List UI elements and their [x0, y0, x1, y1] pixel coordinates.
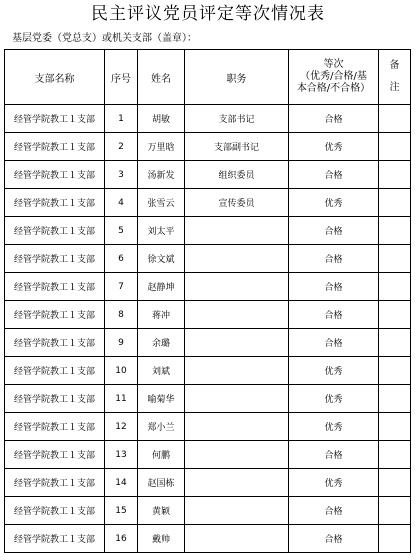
header-number: 序号: [105, 50, 138, 105]
position-cell: [185, 441, 289, 469]
number-cell: 4: [105, 189, 138, 217]
number-cell: 1: [105, 105, 138, 133]
branch-cell: 经管学院教工１支部: [5, 329, 105, 357]
result-cell: 合格: [289, 301, 379, 329]
table-row: 经管学院教工１支部1胡敏支部书记合格: [5, 105, 411, 133]
name-cell: 胡敏: [138, 105, 185, 133]
name-cell: 戴帅: [138, 525, 185, 553]
branch-cell: 经管学院教工１支部: [5, 497, 105, 525]
position-cell: [185, 273, 289, 301]
remark-cell: [379, 525, 411, 553]
position-cell: [185, 217, 289, 245]
table-row: 经管学院教工１支部4张雪云宣传委员优秀: [5, 189, 411, 217]
number-cell: 3: [105, 161, 138, 189]
table-row: 经管学院教工１支部10刘斌优秀: [5, 357, 411, 385]
position-cell: [185, 525, 289, 553]
result-cell: 合格: [289, 105, 379, 133]
position-cell: [185, 329, 289, 357]
result-cell: 合格: [289, 497, 379, 525]
name-cell: 汤新发: [138, 161, 185, 189]
number-cell: 8: [105, 301, 138, 329]
number-cell: 2: [105, 133, 138, 161]
position-cell: [185, 301, 289, 329]
number-cell: 10: [105, 357, 138, 385]
number-cell: 11: [105, 385, 138, 413]
remark-cell: [379, 133, 411, 161]
table-row: 经管学院教工１支部12郑小兰优秀: [5, 413, 411, 441]
position-cell: 宣传委员: [185, 189, 289, 217]
branch-cell: 经管学院教工１支部: [5, 525, 105, 553]
result-cell: 合格: [289, 441, 379, 469]
position-cell: 支部副书记: [185, 133, 289, 161]
header-position: 职务: [185, 50, 289, 105]
branch-cell: 经管学院教工１支部: [5, 161, 105, 189]
number-cell: 14: [105, 469, 138, 497]
table-row: 经管学院教工１支部6徐文斌合格: [5, 245, 411, 273]
name-cell: 赵国栋: [138, 469, 185, 497]
remark-cell: [379, 385, 411, 413]
result-cell: 合格: [289, 273, 379, 301]
branch-cell: 经管学院教工１支部: [5, 105, 105, 133]
document-title: 民主评议党员评定等次情况表: [0, 3, 416, 25]
remark-cell: [379, 161, 411, 189]
table-row: 经管学院教工１支部16戴帅合格: [5, 525, 411, 553]
table-row: 经管学院教工１支部3汤新发组织委员合格: [5, 161, 411, 189]
remark-cell: [379, 245, 411, 273]
branch-cell: 经管学院教工１支部: [5, 273, 105, 301]
branch-cell: 经管学院教工１支部: [5, 385, 105, 413]
header-branch: 支部名称: [5, 50, 105, 105]
branch-cell: 经管学院教工１支部: [5, 217, 105, 245]
name-cell: 刘太平: [138, 217, 185, 245]
header-remark-line1: 备: [379, 55, 410, 77]
table-row: 经管学院教工１支部14赵国栋优秀: [5, 469, 411, 497]
remark-cell: [379, 357, 411, 385]
number-cell: 5: [105, 217, 138, 245]
header-rating: 等次 （优秀/合格/基 本合格/不合格）: [289, 50, 379, 105]
remark-cell: [379, 497, 411, 525]
result-cell: 合格: [289, 329, 379, 357]
remark-cell: [379, 301, 411, 329]
table-row: 经管学院教工１支部2万里晗支部副书记优秀: [5, 133, 411, 161]
number-cell: 9: [105, 329, 138, 357]
table-row: 经管学院教工１支部13何鹏合格: [5, 441, 411, 469]
remark-cell: [379, 189, 411, 217]
header-name: 姓名: [138, 50, 185, 105]
remark-cell: [379, 413, 411, 441]
table-header-row: 支部名称 序号 姓名 职务 等次 （优秀/合格/基 本合格/不合格） 备 注: [5, 50, 411, 105]
result-cell: 优秀: [289, 469, 379, 497]
header-remark-line2: 注: [379, 77, 410, 99]
branch-cell: 经管学院教工１支部: [5, 413, 105, 441]
table-row: 经管学院教工１支部15黄颖合格: [5, 497, 411, 525]
name-cell: 刘斌: [138, 357, 185, 385]
result-cell: 优秀: [289, 189, 379, 217]
branch-cell: 经管学院教工１支部: [5, 133, 105, 161]
header-rating-line3: 本合格/不合格）: [289, 83, 378, 95]
remark-cell: [379, 441, 411, 469]
name-cell: 徐文斌: [138, 245, 185, 273]
table-row: 经管学院教工１支部11喻菊华优秀: [5, 385, 411, 413]
name-cell: 万里晗: [138, 133, 185, 161]
evaluation-table: 支部名称 序号 姓名 职务 等次 （优秀/合格/基 本合格/不合格） 备 注 经…: [4, 49, 411, 553]
number-cell: 15: [105, 497, 138, 525]
position-cell: 组织委员: [185, 161, 289, 189]
position-cell: [185, 245, 289, 273]
branch-cell: 经管学院教工１支部: [5, 441, 105, 469]
name-cell: 张雪云: [138, 189, 185, 217]
table-row: 经管学院教工１支部8蒋冲合格: [5, 301, 411, 329]
name-cell: 余璐: [138, 329, 185, 357]
branch-cell: 经管学院教工１支部: [5, 357, 105, 385]
remark-cell: [379, 469, 411, 497]
result-cell: 优秀: [289, 413, 379, 441]
position-cell: [185, 385, 289, 413]
number-cell: 12: [105, 413, 138, 441]
result-cell: 优秀: [289, 357, 379, 385]
document-subtitle: 基层党委（党总支）或机关支部（盖章）：: [12, 32, 197, 46]
name-cell: 郑小兰: [138, 413, 185, 441]
name-cell: 蒋冲: [138, 301, 185, 329]
header-rating-line2: （优秀/合格/基: [289, 71, 378, 83]
result-cell: 优秀: [289, 133, 379, 161]
branch-cell: 经管学院教工１支部: [5, 189, 105, 217]
position-cell: [185, 497, 289, 525]
header-rating-line1: 等次: [289, 59, 378, 71]
branch-cell: 经管学院教工１支部: [5, 245, 105, 273]
result-cell: 合格: [289, 525, 379, 553]
branch-cell: 经管学院教工１支部: [5, 301, 105, 329]
position-cell: [185, 357, 289, 385]
name-cell: 黄颖: [138, 497, 185, 525]
branch-cell: 经管学院教工１支部: [5, 469, 105, 497]
remark-cell: [379, 105, 411, 133]
result-cell: 合格: [289, 217, 379, 245]
name-cell: 何鹏: [138, 441, 185, 469]
name-cell: 喻菊华: [138, 385, 185, 413]
table-row: 经管学院教工１支部5刘太平合格: [5, 217, 411, 245]
remark-cell: [379, 217, 411, 245]
number-cell: 6: [105, 245, 138, 273]
table-row: 经管学院教工１支部7赵静坤合格: [5, 273, 411, 301]
name-cell: 赵静坤: [138, 273, 185, 301]
result-cell: 优秀: [289, 385, 379, 413]
remark-cell: [379, 273, 411, 301]
header-remark: 备 注: [379, 50, 411, 105]
position-cell: [185, 469, 289, 497]
number-cell: 13: [105, 441, 138, 469]
position-cell: [185, 413, 289, 441]
result-cell: 合格: [289, 161, 379, 189]
table-row: 经管学院教工１支部9余璐合格: [5, 329, 411, 357]
remark-cell: [379, 329, 411, 357]
result-cell: 合格: [289, 245, 379, 273]
number-cell: 16: [105, 525, 138, 553]
number-cell: 7: [105, 273, 138, 301]
position-cell: 支部书记: [185, 105, 289, 133]
